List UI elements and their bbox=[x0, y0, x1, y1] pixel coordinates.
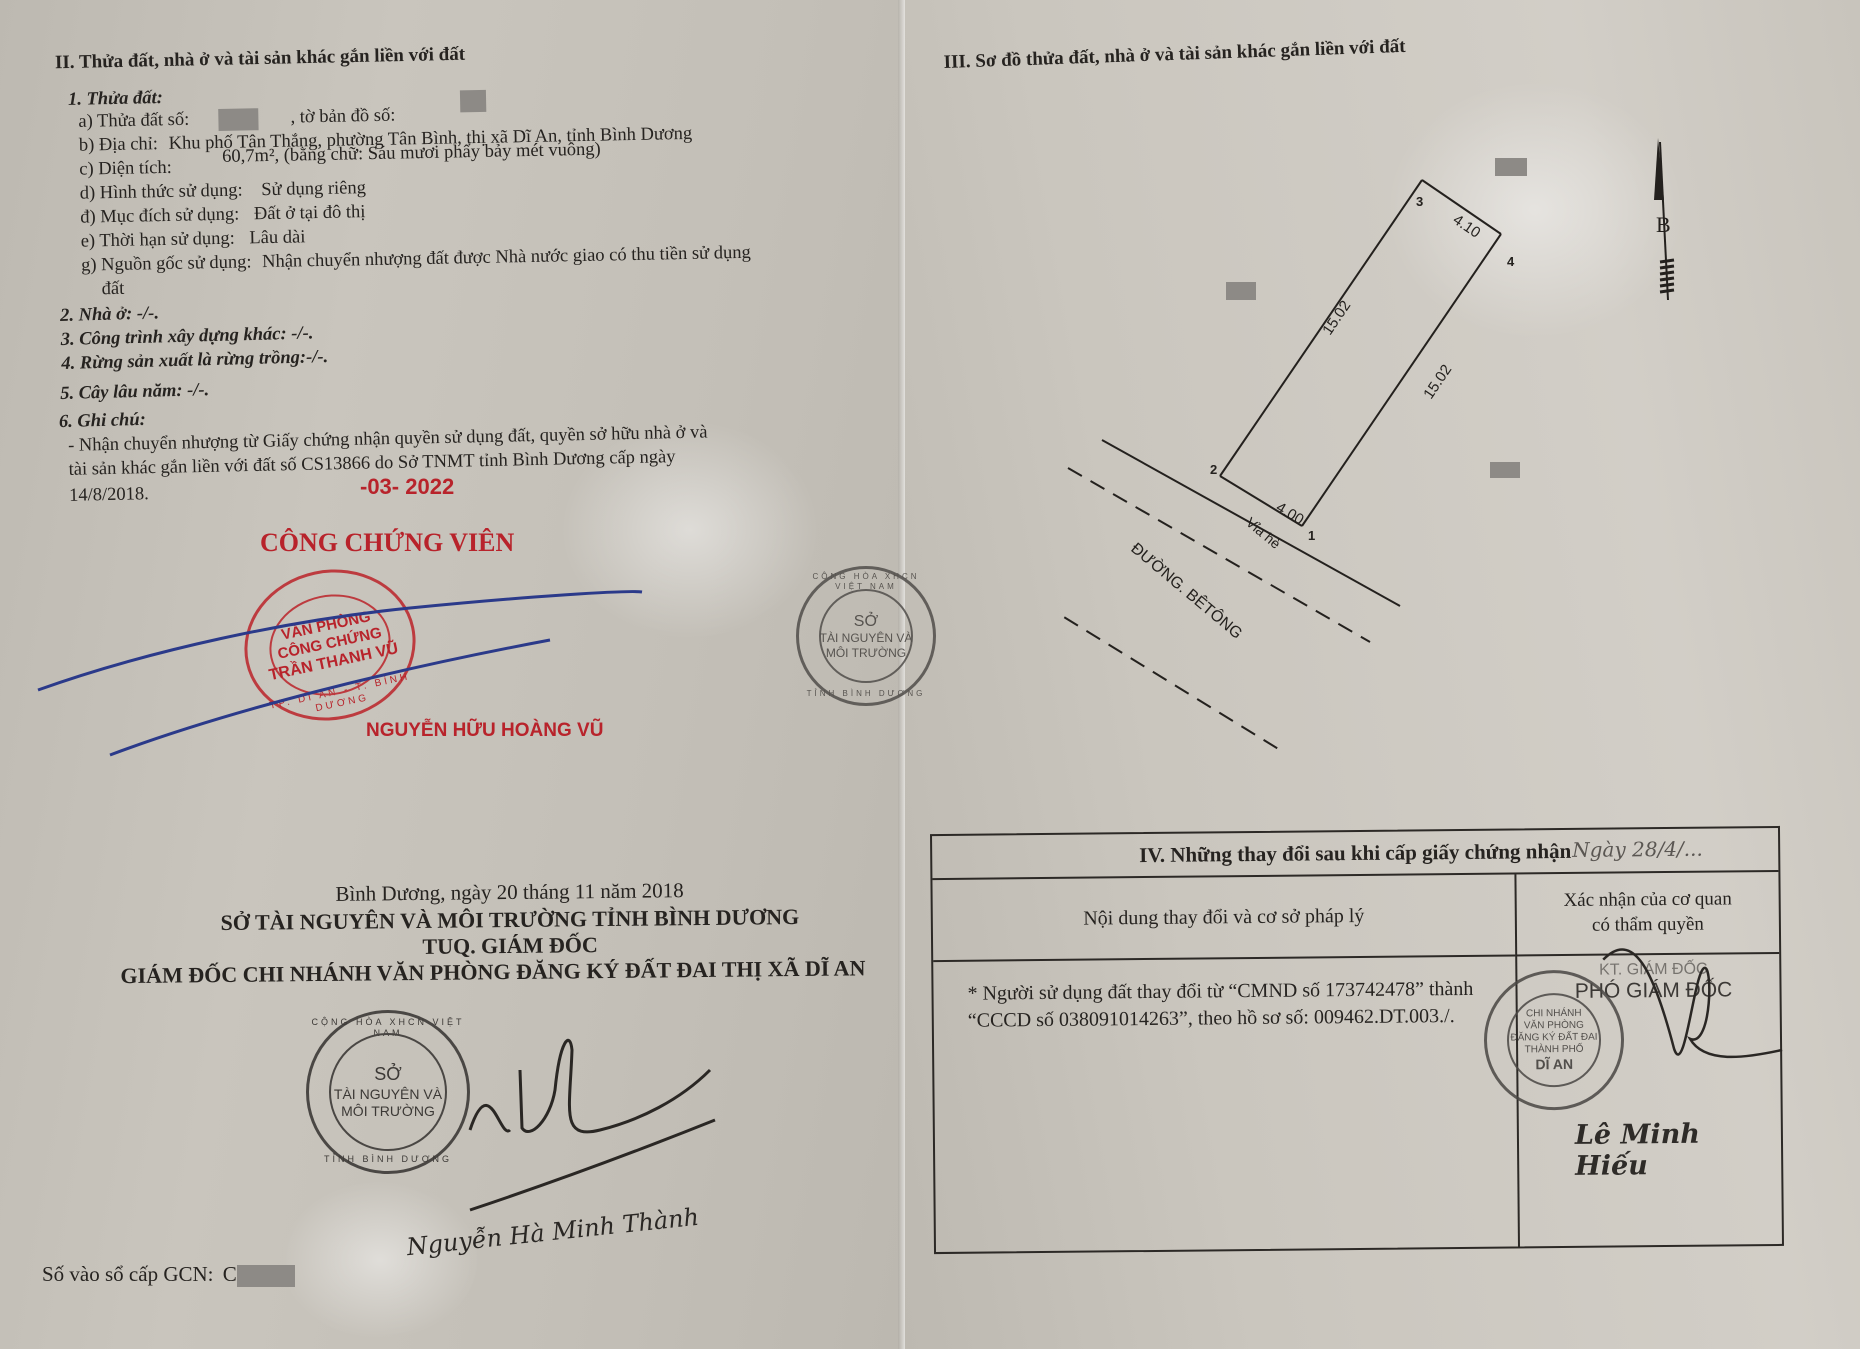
origin-value-cont: đất bbox=[101, 279, 124, 300]
north-arrow-icon: B bbox=[1620, 130, 1680, 310]
stamp-line: TÀI NGUYÊN VÀ bbox=[820, 631, 913, 645]
stamp-line: ĐĂNG KÝ ĐẤT ĐAI bbox=[1510, 1031, 1597, 1044]
side-agency-stamp: SỞ TÀI NGUYÊN VÀ MÔI TRƯỜNG CỘNG HÒA XHC… bbox=[796, 566, 936, 706]
area-label: c) Diện tích: bbox=[79, 158, 172, 180]
deputy-signature-stroke bbox=[1593, 938, 1784, 1090]
origin-value: Nhận chuyển nhượng đất được Nhà nước gia… bbox=[262, 243, 751, 272]
north-label: B bbox=[1656, 212, 1671, 237]
confirm-header-line: có thẩm quyền bbox=[1592, 913, 1704, 939]
change-entry: * Người sử dụng đất thay đổi từ “CMND số… bbox=[967, 976, 1473, 1035]
deputy-signer-name: Lê Minh Hiếu bbox=[1575, 1118, 1782, 1182]
edge-length-1-2: 4.00 bbox=[1273, 499, 1307, 529]
stamp-line: MÔI TRƯỜNG bbox=[826, 646, 906, 660]
parcel-label: a) Thửa đất số: bbox=[78, 110, 189, 132]
notary-name: NGUYỄN HỮU HOÀNG VŨ bbox=[366, 720, 603, 742]
edge-length-3-4: 4.10 bbox=[1450, 211, 1484, 241]
change-entry-line: “CCCD số 038091014263”, theo hồ sơ số: 0… bbox=[968, 1003, 1474, 1035]
registry-number-row: Số vào sổ cấp GCN: C bbox=[42, 1262, 295, 1287]
map-sheet-label: , tờ bản đồ số: bbox=[290, 106, 395, 128]
issuance-block: Bình Dương, ngày 20 tháng 11 năm 2018 SỞ… bbox=[119, 876, 900, 989]
director-signature-stroke bbox=[460, 1010, 720, 1220]
address-label: b) Địa chỉ: bbox=[79, 134, 158, 156]
map-sheet-redacted bbox=[460, 90, 486, 112]
term-value: Lâu dài bbox=[249, 227, 305, 248]
usage-form-value: Sử dụng riêng bbox=[261, 178, 366, 200]
point-2: 2 bbox=[1210, 462, 1217, 477]
stamp-line: VĂN PHÒNG bbox=[1524, 1019, 1584, 1032]
notary-title: CÔNG CHỨNG VIÊN bbox=[260, 528, 514, 558]
point-4: 4 bbox=[1507, 254, 1515, 269]
stamp-line: MÔI TRƯỜNG bbox=[341, 1103, 435, 1120]
confirm-header-line: Xác nhận của cơ quan bbox=[1563, 888, 1732, 914]
sidewalk-label: Vỉa hè bbox=[1243, 514, 1284, 552]
column-header-content: Nội dung thay đổi và cơ sở pháp lý bbox=[932, 874, 1515, 962]
handwritten-date: Ngày 28/4/... bbox=[1572, 837, 1703, 862]
item-notes: 6. Ghi chú: bbox=[59, 410, 146, 433]
stamp-line: SỞ bbox=[374, 1064, 401, 1086]
parcel-diagram: 2 1 3 4 4.00 15.02 4.10 15.02 Vỉa hè ĐƯỜ… bbox=[1060, 150, 1580, 770]
stamp-line: DĨ AN bbox=[1535, 1056, 1573, 1073]
purpose-value: Đất ở tại đô thị bbox=[254, 202, 366, 224]
light-glare bbox=[280, 1180, 480, 1340]
item-production-forest: 4. Rừng sản xuất là rừng trồng:-/-. bbox=[61, 347, 328, 375]
usage-form-label: d) Hình thức sử dụng: bbox=[80, 181, 243, 204]
parcel-number-redacted bbox=[218, 108, 258, 131]
changes-table: IV. Những thay đổi sau khi cấp giấy chứn… bbox=[930, 826, 1784, 1254]
item-perennial-trees: 5. Cây lâu năm: -/-. bbox=[60, 380, 210, 405]
issuing-agency-stamp: SỞ TÀI NGUYÊN VÀ MÔI TRƯỜNG CỘNG HÒA XHC… bbox=[306, 1010, 470, 1174]
point-3: 3 bbox=[1416, 194, 1423, 209]
notary-date-stamp: -03- 2022 bbox=[360, 474, 454, 500]
stamp-line: CHI NHÁNH bbox=[1526, 1007, 1582, 1020]
registry-label: Số vào sổ cấp GCN: bbox=[42, 1262, 214, 1286]
note-line-3: 14/8/2018. bbox=[69, 484, 149, 507]
stamp-line: TÀI NGUYÊN VÀ bbox=[334, 1086, 442, 1103]
stamp-line: SỞ bbox=[854, 612, 878, 631]
registry-number-redacted bbox=[237, 1265, 295, 1287]
stamp-ring-text: CỘNG HÒA XHCN VIỆT NAM bbox=[309, 1017, 467, 1039]
purpose-label: đ) Mục đích sử dụng: bbox=[80, 205, 239, 228]
road-edge-dashed bbox=[1060, 590, 1280, 750]
point-1: 1 bbox=[1308, 528, 1315, 543]
term-label: e) Thời hạn sử dụng: bbox=[81, 229, 235, 252]
stamp-line: THÀNH PHỐ bbox=[1525, 1043, 1584, 1056]
edge-length-4-1: 15.02 bbox=[1420, 362, 1455, 403]
land-heading: 1. Thửa đất: bbox=[68, 88, 163, 111]
parcel-edge-4-1 bbox=[1302, 234, 1501, 526]
term-row: e) Thời hạn sử dụng: Lâu dài bbox=[81, 227, 306, 252]
item-other-construction: 3. Công trình xây dựng khác: -/-. bbox=[61, 323, 314, 351]
stamp-ring-text: CỘNG HÒA XHCN VIỆT NAM bbox=[799, 572, 933, 591]
stamp-ring-text: TỈNH BÌNH DƯƠNG bbox=[807, 689, 926, 699]
purpose-row: đ) Mục đích sử dụng: Đất ở tại đô thị bbox=[80, 202, 366, 228]
item-house: 2. Nhà ở: -/-. bbox=[60, 303, 159, 327]
origin-label: g) Nguồn gốc sử dụng: bbox=[81, 252, 252, 275]
usage-form-row: d) Hình thức sử dụng: Sử dụng riêng bbox=[80, 178, 366, 204]
certificate-left-page: II. Thửa đất, nhà ở và tài sản khác gắn … bbox=[0, 0, 905, 1349]
stamp-ring-text: TỈNH BÌNH DƯƠNG bbox=[324, 1154, 452, 1165]
edge-length-2-3: 15.02 bbox=[1319, 298, 1354, 339]
road-label: ĐƯỜNG. BÊTÔNG bbox=[1127, 539, 1246, 643]
section-ii-title: II. Thửa đất, nhà ở và tài sản khác gắn … bbox=[55, 44, 465, 75]
